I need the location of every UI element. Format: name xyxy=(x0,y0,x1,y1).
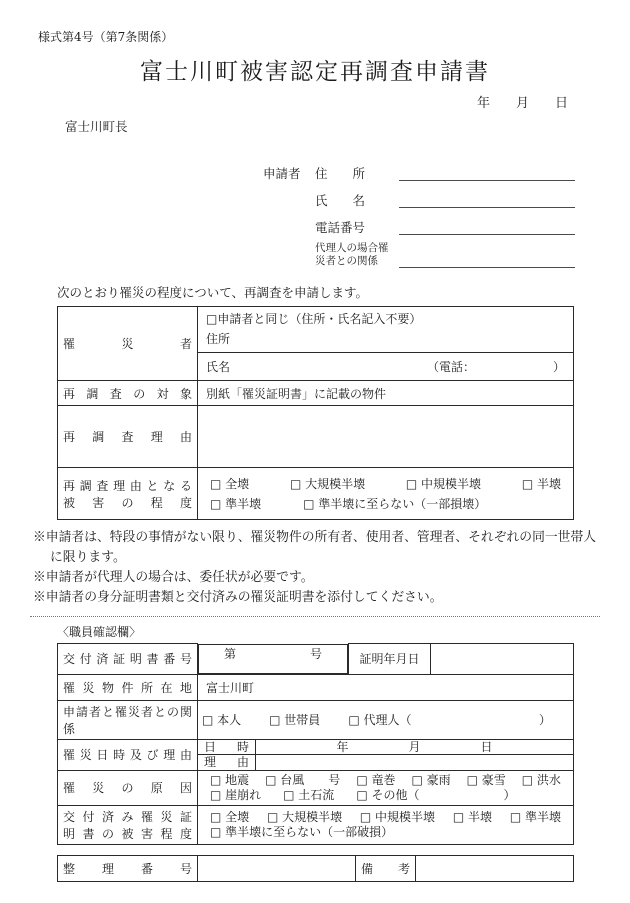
relation-label: 申請者と罹災者との関係 xyxy=(58,700,198,739)
reason-sub-label: 理由 xyxy=(198,755,256,770)
checkbox-zenkai[interactable]: □ 全壊 xyxy=(210,475,249,492)
checkbox-issued-chukibo-hankai[interactable]: □ 中規模半壊 xyxy=(360,810,435,825)
reinvestigation-table: 罹災者 □申請者と同じ（住所・氏名記入不要） 住所 氏名 （電話： ） 再調査の… xyxy=(57,306,574,520)
applicant-agent-relation-label: 代理人の場合罹災者との関係 xyxy=(315,242,395,269)
reinvestigation-target-label: 再調査の対象 xyxy=(58,381,198,406)
checkbox-ichibu-sonkai[interactable]: □ 準半壊に至らない（一部損壊） xyxy=(303,495,486,512)
issued-cert-degree-options: □ 全壊 □ 大規模半壊 □ 中規模半壊 □ 半壊 □ 準半壊 □ 準半壊に至ら… xyxy=(198,805,574,844)
applicant-phone-label: 電話番号 xyxy=(315,218,399,236)
reinvestigation-reason-label: 再調査理由 xyxy=(58,406,198,468)
property-location-value: 富士川町 xyxy=(198,674,574,700)
victim-label: 罹災者 xyxy=(58,307,198,381)
form-number: 様式第4号（第7条関係） xyxy=(38,28,630,45)
serial-number-label: 整理番号 xyxy=(58,855,198,881)
relation-options: □ 本人 □ 世帯員 □ 代理人（ ） xyxy=(198,700,574,739)
disaster-datetime-cell: 日時 年 月 日 理由 xyxy=(198,739,574,770)
cert-number-field[interactable]: 第 号 xyxy=(198,644,348,674)
remarks-field[interactable] xyxy=(416,855,574,881)
damage-degree-label: 再調査理由となる 被害の程度 xyxy=(58,468,198,520)
checkbox-issued-zenkai[interactable]: □ 全壊 xyxy=(210,810,249,825)
checkbox-issued-jun-hankai[interactable]: □ 準半壊 xyxy=(510,810,561,825)
note-line-3: ※申請者が代理人の場合は、委任状が必要です。 xyxy=(33,568,630,588)
checkbox-issued-ichibu-hason[interactable]: □ 準半壊に至らない（一部破損） xyxy=(210,825,393,839)
applicant-agent-relation-input[interactable] xyxy=(399,267,575,268)
checkbox-issued-daikibo-hankai[interactable]: □ 大規模半壊 xyxy=(267,810,342,825)
checkbox-dairinin[interactable]: □ 代理人（ xyxy=(348,711,411,728)
applicant-heading: 申請者 xyxy=(263,164,315,182)
damage-degree-options: □ 全壊 □ 大規模半壊 □ 中規模半壊 □ 半壊 □ 準半壊 □ 準半壊に至ら… xyxy=(198,468,574,520)
checkbox-kouzui[interactable]: □ 洪水 xyxy=(522,773,561,788)
note-line-2: に限ります。 xyxy=(33,548,630,568)
disaster-datetime-label: 罹災日時及び理由 xyxy=(58,739,198,770)
datetime-sub-label: 日時 xyxy=(198,740,256,755)
victim-address-cell[interactable]: □申請者と同じ（住所・氏名記入不要） 住所 xyxy=(198,307,574,353)
cert-number-suffix: 号 xyxy=(310,645,322,673)
notes: ※申請者は、特段の事情がない限り、罹災物件の所有者、使用者、管理者、それぞれの同… xyxy=(33,528,630,608)
applicant-block: 申請者 住 所 氏 名 電話番号 代理人の場合罹災者との関係 xyxy=(263,155,630,269)
issued-cert-degree-label: 交付済み罹災証 明書の被害程度 xyxy=(58,805,198,844)
checkbox-tatsumaki[interactable]: □ 竜巻 xyxy=(356,773,395,788)
disaster-cause-label: 罹災の原因 xyxy=(58,770,198,805)
checkbox-gakekuzure[interactable]: □ 崖崩れ xyxy=(210,788,261,803)
form-page: 様式第4号（第7条関係） 富士川町被害認定再調査申請書 年 月 日 富士川町長 … xyxy=(0,0,630,903)
staff-confirmation-table: 交付済証明書番号 第 号 証明年月日 罹災物件所在地 富士川町 申請者と罹災者と… xyxy=(57,643,574,845)
checkbox-hankai[interactable]: □ 半壊 xyxy=(522,475,561,492)
checkbox-issued-hankai[interactable]: □ 半壊 xyxy=(453,810,492,825)
dotted-separator xyxy=(30,616,600,617)
same-as-applicant-checkbox[interactable]: □申請者と同じ（住所・氏名記入不要） xyxy=(206,309,565,329)
checkbox-dosekiryu[interactable]: □ 土石流 xyxy=(283,788,334,803)
checkbox-jun-hankai[interactable]: □ 準半壊 xyxy=(210,495,261,512)
reinvestigation-target-value: 別紙「罹災証明書」に記載の物件 xyxy=(198,381,574,406)
victim-name-label: 氏名 xyxy=(206,358,230,375)
checkbox-honnin[interactable]: □ 本人 xyxy=(202,711,241,728)
checkbox-setaiin[interactable]: □ 世帯員 xyxy=(269,711,320,728)
checkbox-gouu[interactable]: □ 豪雨 xyxy=(411,773,450,788)
cert-date-label: 証明年月日 xyxy=(349,644,431,675)
property-location-label: 罹災物件所在地 xyxy=(58,674,198,700)
staff-section-heading: 〈職員確認欄〉 xyxy=(57,623,630,640)
checkbox-sonota[interactable]: □ その他（ ） xyxy=(356,788,515,803)
cert-date-field[interactable] xyxy=(431,644,574,675)
datetime-value-field[interactable]: 年 月 日 xyxy=(256,740,573,755)
cert-number-prefix: 第 xyxy=(224,645,236,673)
applicant-address-label: 住 所 xyxy=(315,164,399,182)
checkbox-jishin[interactable]: □ 地震 xyxy=(210,773,249,788)
reinvestigation-reason-input[interactable] xyxy=(198,406,574,468)
addressee: 富士川町長 xyxy=(65,117,630,135)
serial-number-field[interactable] xyxy=(198,855,356,881)
applicant-phone-input[interactable] xyxy=(399,234,575,235)
note-line-4: ※申請者の身分証明書類と交付済みの罹災証明書を添付してください。 xyxy=(33,588,630,608)
applicant-name-label: 氏 名 xyxy=(315,191,399,209)
victim-phone-label: （電話： ） xyxy=(427,358,565,375)
victim-name-cell[interactable]: 氏名 （電話： ） xyxy=(198,353,574,381)
form-title: 富士川町被害認定再調査申請書 xyxy=(0,53,630,86)
intro-text: 次のとおり罹災の程度について、再調査を申請します。 xyxy=(57,283,630,301)
checkbox-taifu[interactable]: □ 台風 号 xyxy=(265,773,340,788)
note-line-1: ※申請者は、特段の事情がない限り、罹災物件の所有者、使用者、管理者、それぞれの同… xyxy=(33,528,630,548)
serial-number-table: 整理番号 備考 xyxy=(57,855,574,882)
checkbox-chukibo-hankai[interactable]: □ 中規模半壊 xyxy=(406,475,481,492)
checkbox-gousetsu[interactable]: □ 豪雪 xyxy=(467,773,506,788)
victim-address-label: 住所 xyxy=(206,329,565,349)
reason-value-field[interactable] xyxy=(256,755,573,770)
checkbox-daikibo-hankai[interactable]: □ 大規模半壊 xyxy=(290,475,365,492)
applicant-address-input[interactable] xyxy=(399,180,575,181)
remarks-label: 備考 xyxy=(356,855,416,881)
applicant-name-input[interactable] xyxy=(399,207,575,208)
relation-close-paren: ） xyxy=(539,711,551,728)
disaster-cause-options: □ 地震 □ 台風 号 □ 竜巻 □ 豪雨 □ 豪雪 □ 洪水 □ 崖崩れ □ … xyxy=(198,770,574,805)
cert-number-label: 交付済証明書番号 xyxy=(58,644,198,675)
date-line: 年 月 日 xyxy=(0,92,568,111)
